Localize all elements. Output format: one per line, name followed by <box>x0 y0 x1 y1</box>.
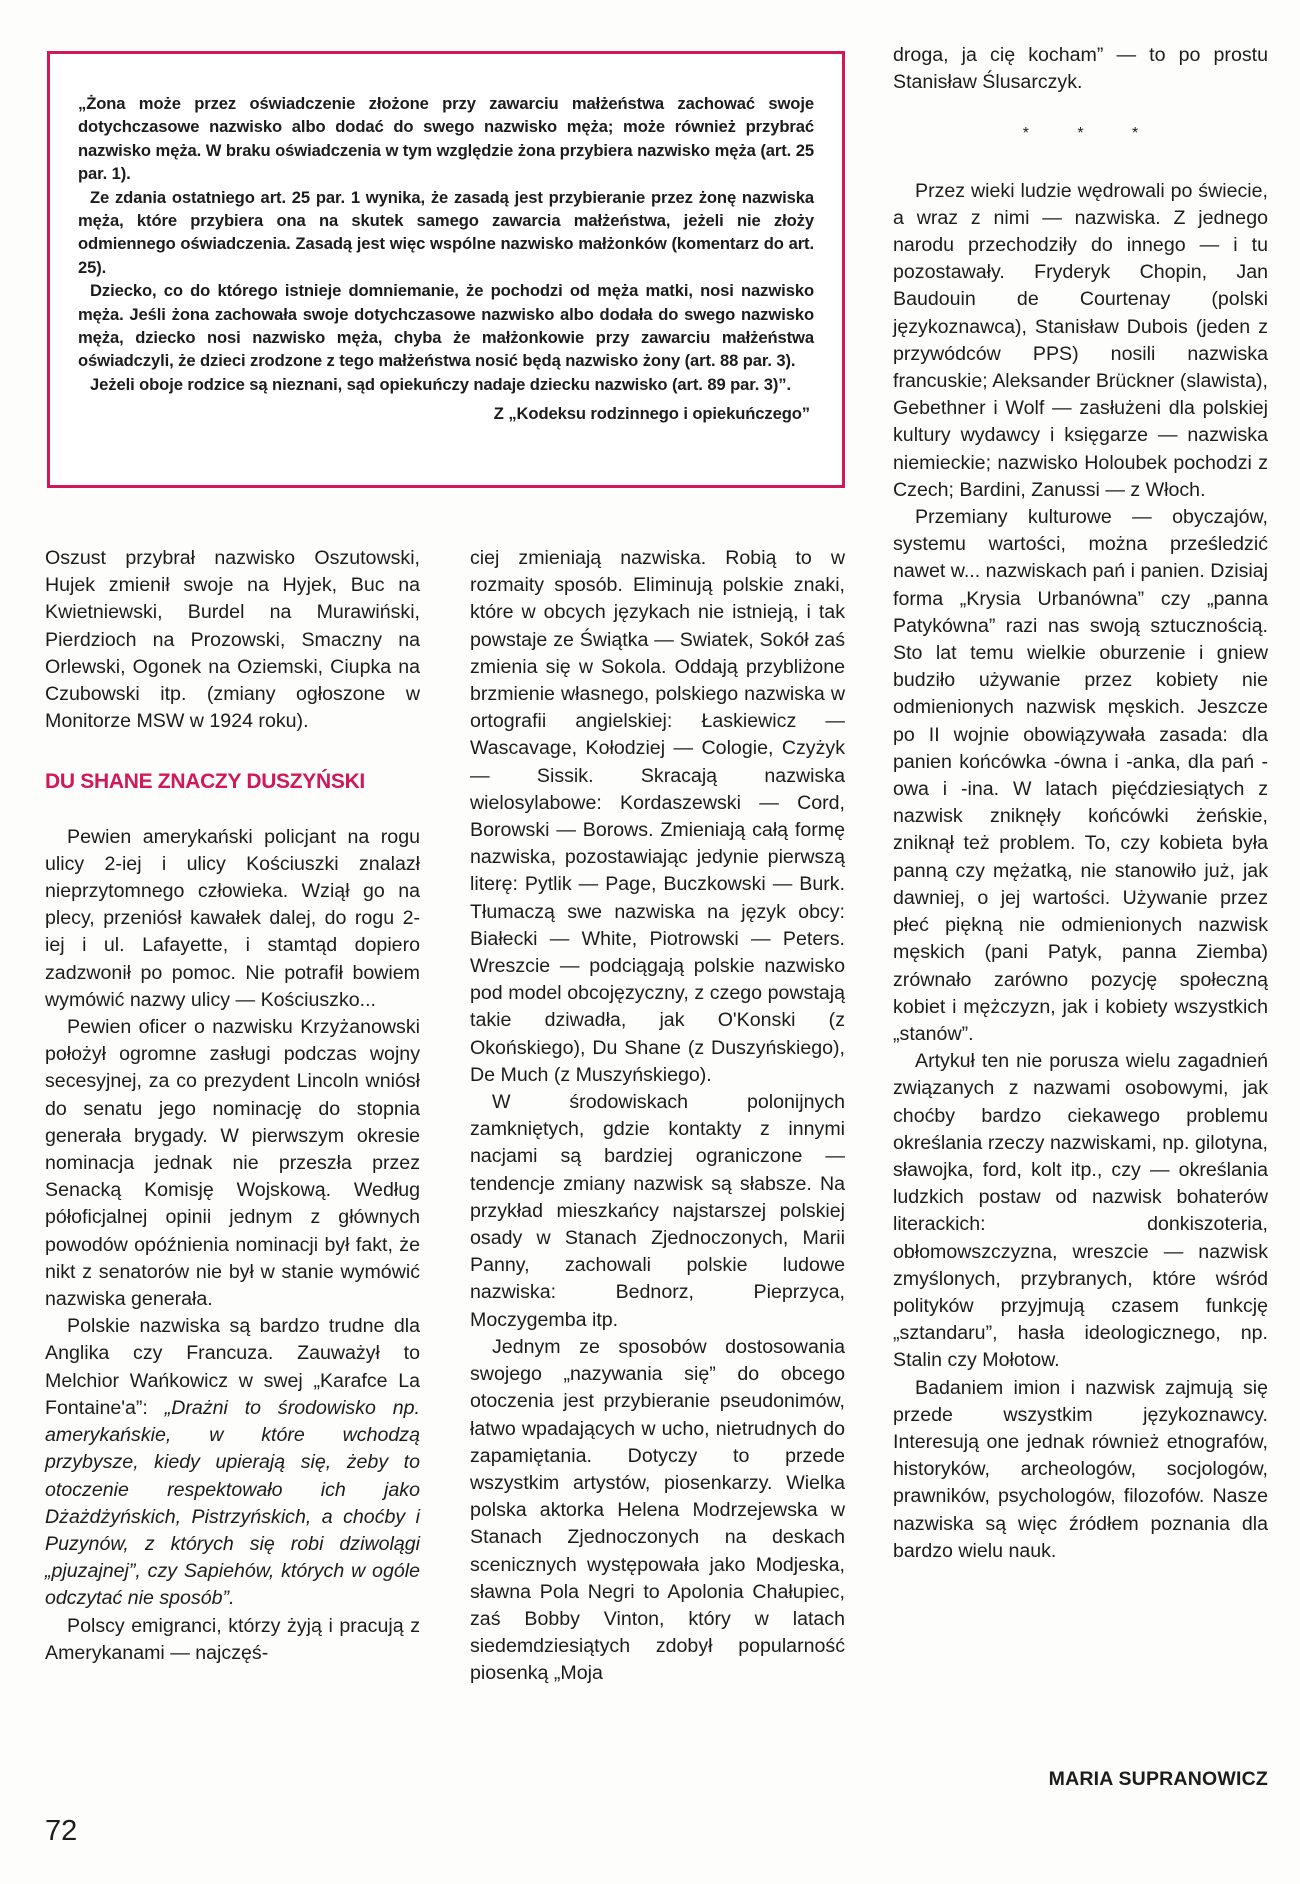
quote-source: Z „Kodeksu rodzinnego i opiekuńczego” <box>78 402 814 425</box>
article-paragraph: Polskie nazwiska są bardzo trudne dla An… <box>45 1313 420 1612</box>
quote-paragraph: „Żona może przez oświadczenie złożone pr… <box>78 92 814 186</box>
legal-quote-box: „Żona może przez oświadczenie złożone pr… <box>47 51 845 488</box>
article-paragraph: Badaniem imion i nazwisk zajmują się prz… <box>893 1375 1268 1565</box>
right-column: droga, ja cię kocham” — to po prostu Sta… <box>893 42 1268 1565</box>
quote-paragraph: Jeżeli oboje rodzice są nieznani, sąd op… <box>78 373 814 396</box>
page-number: 72 <box>45 1815 77 1848</box>
article-paragraph: W środowiskach polonijnych zamkniętych, … <box>470 1089 845 1334</box>
article-paragraph: Artykuł ten nie porusza wielu zagadnień … <box>893 1048 1268 1374</box>
article-paragraph: ciej zmieniają nazwiska. Robią to w rozm… <box>470 545 845 1089</box>
section-separator: * * * <box>893 120 1268 147</box>
article-paragraph: Oszust przybrał nazwisko Oszutowski, Huj… <box>45 545 420 735</box>
italic-quotation: „Drażni to środowisko np. amerykańskie, … <box>45 1397 420 1609</box>
middle-column: ciej zmieniają nazwiska. Robią to w rozm… <box>470 545 845 1688</box>
article-paragraph: Pewien amerykański policjant na rogu uli… <box>45 824 420 1014</box>
left-column: Oszust przybrał nazwisko Oszutowski, Huj… <box>45 545 420 1667</box>
section-heading: DU SHANE ZNACZY DUSZYŃSKI <box>45 768 420 795</box>
article-paragraph: Pewien oficer o nazwisku Krzyżanowski po… <box>45 1014 420 1313</box>
quote-paragraph: Ze zdania ostatniego art. 25 par. 1 wyni… <box>78 186 814 280</box>
article-paragraph: droga, ja cię kocham” — to po prostu Sta… <box>893 42 1268 96</box>
article-paragraph: Jednym ze sposobów dostosowania swojego … <box>470 1334 845 1688</box>
legal-quote-text: „Żona może przez oświadczenie złożone pr… <box>78 92 814 426</box>
article-paragraph: Polscy emigranci, którzy żyją i pracują … <box>45 1613 420 1667</box>
quote-paragraph: Dziecko, co do którego istnieje domniema… <box>78 279 814 373</box>
author-signature: MARIA SUPRANOWICZ <box>893 1768 1268 1791</box>
article-paragraph: Przemiany kulturowe — obyczajów, systemu… <box>893 504 1268 1048</box>
article-paragraph: Przez wieki ludzie wędrowali po świecie,… <box>893 178 1268 504</box>
